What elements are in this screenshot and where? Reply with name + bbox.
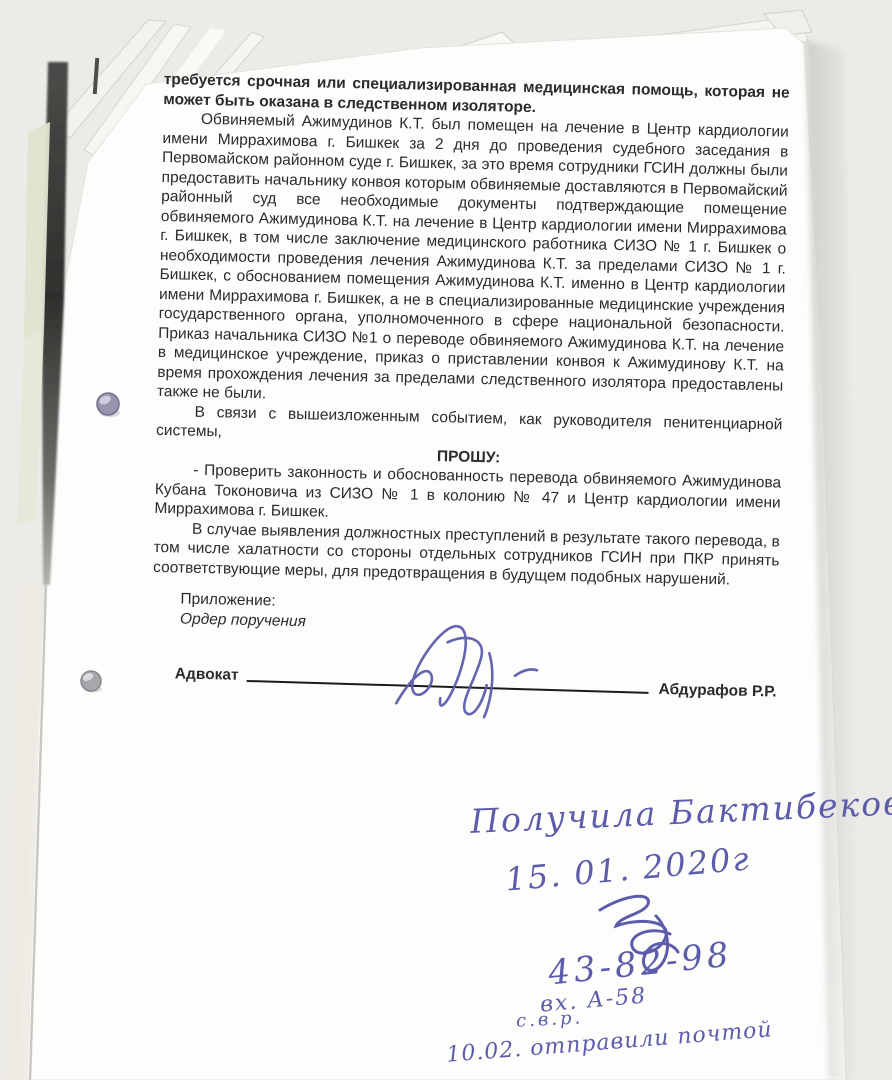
case-paragraph: В случае выявления должностных преступле…	[153, 518, 780, 590]
body-paragraph: Обвиняемый Ажимудинов К.Т. был помещен н…	[157, 109, 789, 415]
signature-name: Абдурафов Р.Р.	[658, 680, 776, 702]
signature-role: Адвокат	[175, 664, 239, 685]
metal-brad-bottom	[81, 671, 102, 693]
document-photo: требуется срочная или специализированная…	[0, 0, 892, 1080]
metal-brad-top	[97, 393, 120, 417]
document-text-block: требуется срочная или специализированная…	[151, 70, 790, 697]
advocate-signature	[388, 611, 560, 730]
handwritten-initials: с.в.р.	[515, 1007, 583, 1031]
